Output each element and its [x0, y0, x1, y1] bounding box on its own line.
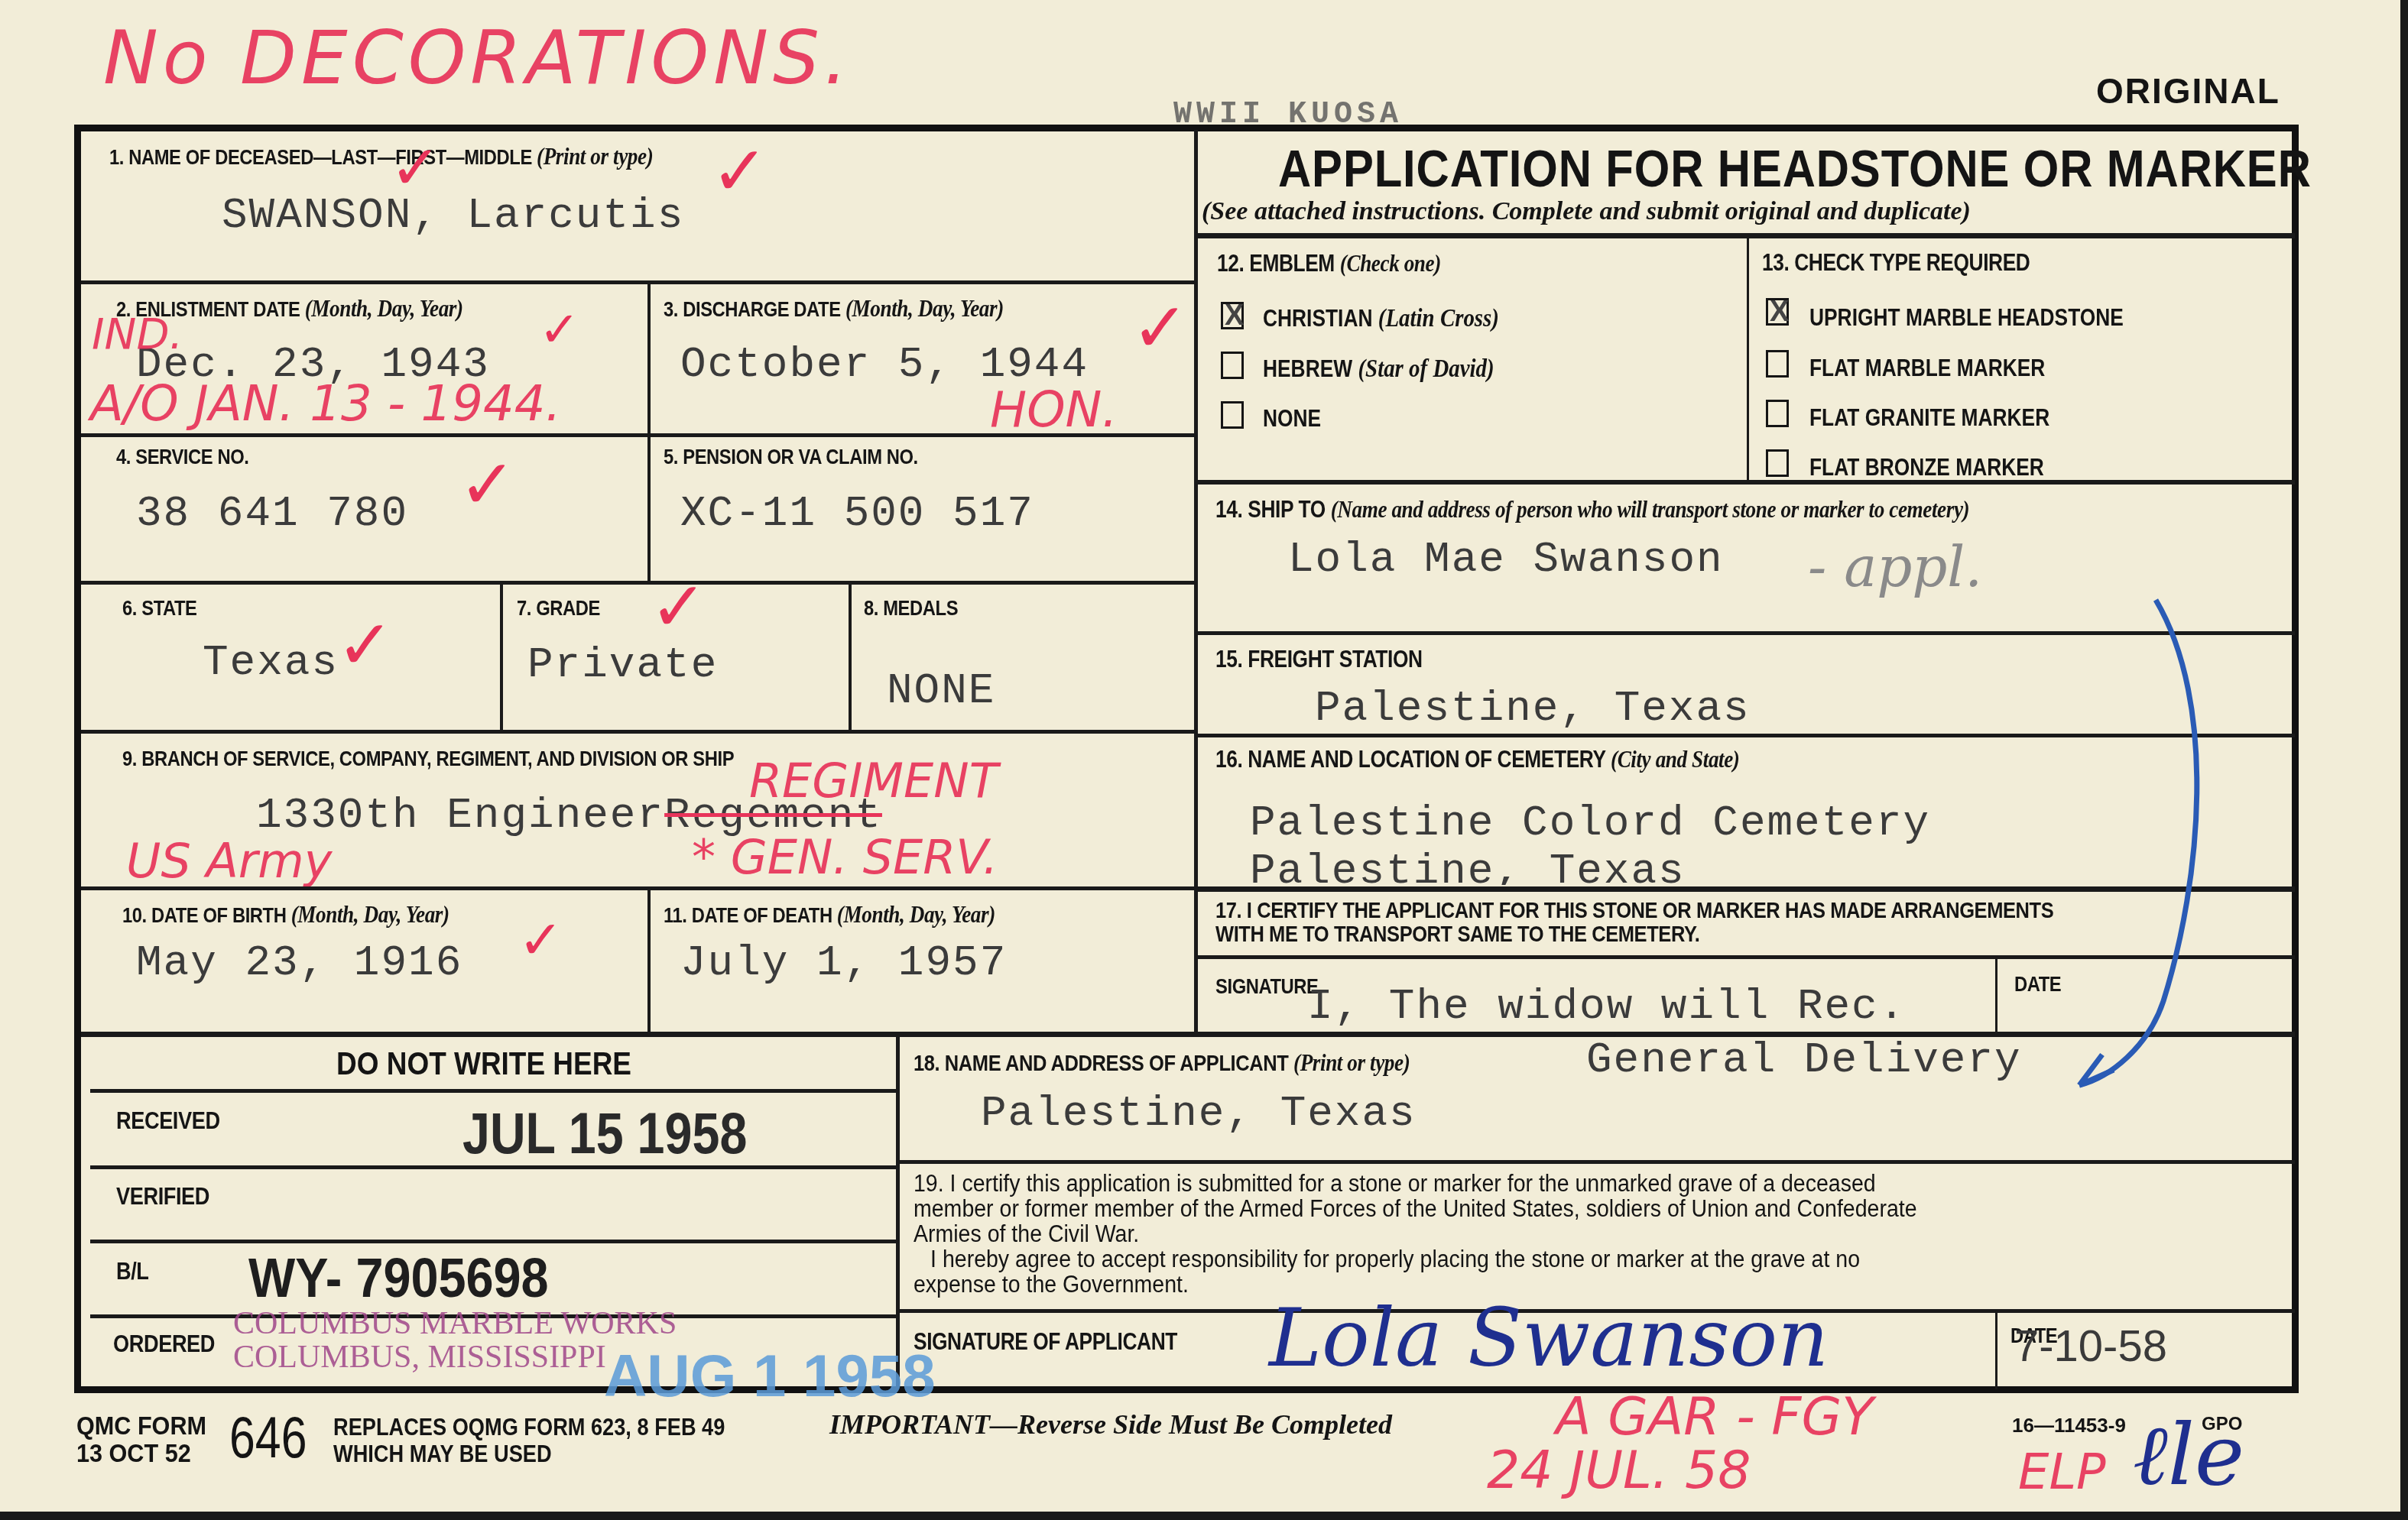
name-label: 1. NAME OF DECEASED—LAST—FIRST—MIDDLE (P… [109, 142, 653, 170]
form-name: QMC FORM 13 OCT 52 [76, 1412, 206, 1467]
form-replaces: REPLACES OQMG FORM 623, 8 FEB 49 WHICH M… [333, 1414, 725, 1467]
checkmark-icon: ✓ [711, 138, 768, 206]
checkmark-icon: ✓ [650, 573, 707, 642]
checkmark-icon: ✓ [539, 306, 580, 355]
cemetery-value-line2[interactable]: Palestine, Texas [1250, 847, 1686, 885]
type-flat-marble-checkbox[interactable] [1766, 350, 1789, 378]
row-rule [1194, 480, 2295, 485]
death-date-label: 11. DATE OF DEATH (Month, Day, Year) [664, 900, 995, 929]
type-upright-marble-label: UPRIGHT MARBLE HEADSTONE [1809, 304, 2124, 332]
certify-signature-label: SIGNATURE [1215, 974, 1319, 999]
type-upright-marble-checkbox[interactable] [1766, 298, 1789, 326]
state-value[interactable]: Texas [203, 638, 339, 687]
checkmark-icon: ✓ [518, 913, 563, 967]
branch-note-regiment: REGIMENT [749, 753, 998, 809]
checkmark-icon: ✓ [390, 138, 441, 199]
applicant-date-value[interactable]: 7-10-58 [2014, 1321, 2167, 1372]
emblem-christian-label: CHRISTIAN (Latin Cross) [1263, 304, 1499, 333]
applicant-value-line2[interactable]: Palestine, Texas [981, 1089, 1417, 1138]
certify-signature-value[interactable]: I, The widow will Rec. [1307, 982, 1906, 1031]
ship-to-note: - appl. [1808, 535, 1982, 599]
birth-date-value[interactable]: May 23, 1916 [136, 938, 462, 987]
applicant-signature[interactable]: Lola Swanson [1269, 1292, 1829, 1385]
applicant-value-line1[interactable]: General Delivery [1586, 1035, 2022, 1084]
cemetery-label: 16. NAME AND LOCATION OF CEMETERY (City … [1215, 745, 1739, 773]
type-flat-bronze-checkbox[interactable] [1766, 449, 1789, 477]
received-stamp: JUL 15 1958 [462, 1100, 747, 1167]
cemetery-value-line1[interactable]: Palestine Colord Cemetery [1250, 799, 1930, 848]
service-no-label: 4. SERVICE NO. [116, 445, 248, 469]
branch-note-us-army: US Army [126, 833, 332, 889]
ship-to-value[interactable]: Lola Mae Swanson [1288, 535, 1724, 584]
type-flat-marble-label: FLAT MARBLE MARKER [1809, 355, 2045, 382]
office-use-title: DO NOT WRITE HERE [336, 1045, 631, 1082]
freight-station-value[interactable]: Palestine, Texas [1315, 684, 1751, 733]
cell-divider [500, 585, 503, 730]
branch-label: 9. BRANCH OF SERVICE, COMPANY, REGIMENT,… [122, 747, 734, 771]
emblem-hebrew-checkbox[interactable] [1221, 352, 1244, 379]
freight-station-label: 15. FREIGHT STATION [1215, 646, 1423, 673]
cell-divider [1747, 238, 1749, 481]
row-rule [90, 1089, 896, 1093]
service-no-value[interactable]: 38 641 780 [136, 489, 408, 538]
grade-label: 7. GRADE [517, 596, 600, 621]
discharge-label: 3. DISCHARGE DATE (Month, Day, Year) [664, 294, 1004, 322]
ordered-stamp-line2: COLUMBUS, MISSISSIPPI [233, 1339, 606, 1376]
grade-value[interactable]: Private [527, 640, 718, 689]
form-subtitle: (See attached instructions. Complete and… [1202, 197, 1971, 226]
birth-date-label: 10. DATE OF BIRTH (Month, Day, Year) [122, 900, 449, 929]
reviewer-initials-ink: ℓle [2133, 1406, 2244, 1505]
pension-label: 5. PENSION OR VA CLAIM NO. [664, 445, 918, 469]
enlist-note-ao: A/O JAN. 13 - 1944. [90, 376, 561, 433]
type-flat-granite-checkbox[interactable] [1766, 400, 1789, 427]
row-rule [81, 280, 1194, 284]
emblem-hebrew-label: HEBREW (Star of David) [1263, 355, 1494, 384]
form-number: 646 [229, 1405, 307, 1471]
copy-label: ORIGINAL [2096, 70, 2280, 112]
certification-text: 19. I certify this application is submit… [914, 1171, 1917, 1297]
verified-label: VERIFIED [116, 1182, 209, 1210]
page-bottom-edge [0, 1512, 2408, 1520]
certify-date-label: DATE [2014, 972, 2061, 997]
blue-arrow-icon [2064, 588, 2240, 1108]
ordered-stamp-line1: COLUMBUS MARBLE WORKS [233, 1305, 677, 1342]
checkmark-icon: ✓ [336, 611, 394, 680]
applicant-label: 18. NAME AND ADDRESS OF APPLICANT (Print… [914, 1048, 1410, 1077]
row-rule [900, 1160, 2295, 1164]
important-note: IMPORTANT—Reverse Side Must Be Completed [829, 1408, 1392, 1441]
row-rule [81, 886, 1194, 890]
bl-label: B/L [116, 1257, 149, 1285]
emblem-none-label: NONE [1263, 405, 1321, 433]
footer-note-gar: A GAR - FGY [1556, 1387, 1874, 1447]
checkmark-icon: ✓ [1131, 294, 1189, 363]
form-title: APPLICATION FOR HEADSTONE OR MARKER [1278, 139, 2312, 199]
applicant-signature-label: SIGNATURE OF APPLICANT [914, 1328, 1177, 1356]
cell-divider [1995, 959, 1997, 1032]
footer-note-date: 24 JUL. 58 [1487, 1441, 1751, 1501]
column-divider [1194, 130, 1198, 1032]
row-rule [81, 581, 1194, 585]
emblem-label: 12. EMBLEM (Check one) [1217, 249, 1441, 277]
title-bottom-rule [1194, 233, 2295, 238]
certify-transport-line1: 17. I CERTIFY THE APPLICANT FOR THIS STO… [1215, 898, 2053, 924]
type-required-label: 13. CHECK TYPE REQUIRED [1762, 249, 2030, 277]
enlist-note-ind: IND. [92, 310, 183, 359]
row-rule [81, 730, 1194, 734]
row-rule [81, 433, 1194, 437]
ordered-date-stamp: AUG 1 1958 [604, 1341, 936, 1411]
ordered-label: ORDERED [113, 1330, 215, 1358]
emblem-christian-checkbox[interactable] [1221, 302, 1244, 329]
type-flat-bronze-label: FLAT BRONZE MARKER [1809, 454, 2044, 481]
cell-divider [647, 890, 651, 1032]
medals-label: 8. MEDALS [864, 596, 958, 621]
type-flat-granite-label: FLAT GRANITE MARKER [1809, 404, 2049, 432]
print-code: 16—11453-9 [2012, 1414, 2126, 1437]
row-rule [90, 1240, 896, 1243]
branch-note-gen-serv: * GEN. SERV. [692, 829, 998, 885]
checkmark-icon: ✓ [459, 451, 516, 520]
page-edge [2400, 0, 2408, 1520]
received-label: RECEIVED [116, 1107, 220, 1135]
medals-value[interactable]: NONE [887, 666, 995, 715]
discharge-note-hon: HON. [990, 382, 1118, 439]
cell-divider [1995, 1313, 1997, 1389]
emblem-none-checkbox[interactable] [1221, 401, 1244, 429]
ship-to-label: 14. SHIP TO (Name and address of person … [1215, 495, 1969, 523]
bl-value: WY- 7905698 [248, 1247, 549, 1310]
pension-value[interactable]: XC-11 500 517 [680, 489, 1034, 538]
cell-divider [896, 1037, 900, 1389]
footer-initials: ELP [2018, 1444, 2106, 1501]
name-value[interactable]: SWANSON, Larcutis [222, 191, 684, 240]
state-label: 6. STATE [122, 596, 197, 621]
death-date-value[interactable]: July 1, 1957 [680, 938, 1007, 987]
no-decorations-note: No DECORATIONS. [103, 15, 852, 101]
cell-divider [849, 585, 852, 730]
row-rule [90, 1165, 896, 1169]
cell-divider [647, 284, 651, 581]
certify-transport-line2: WITH ME TO TRANSPORT SAME TO THE CEMETER… [1215, 922, 1699, 948]
